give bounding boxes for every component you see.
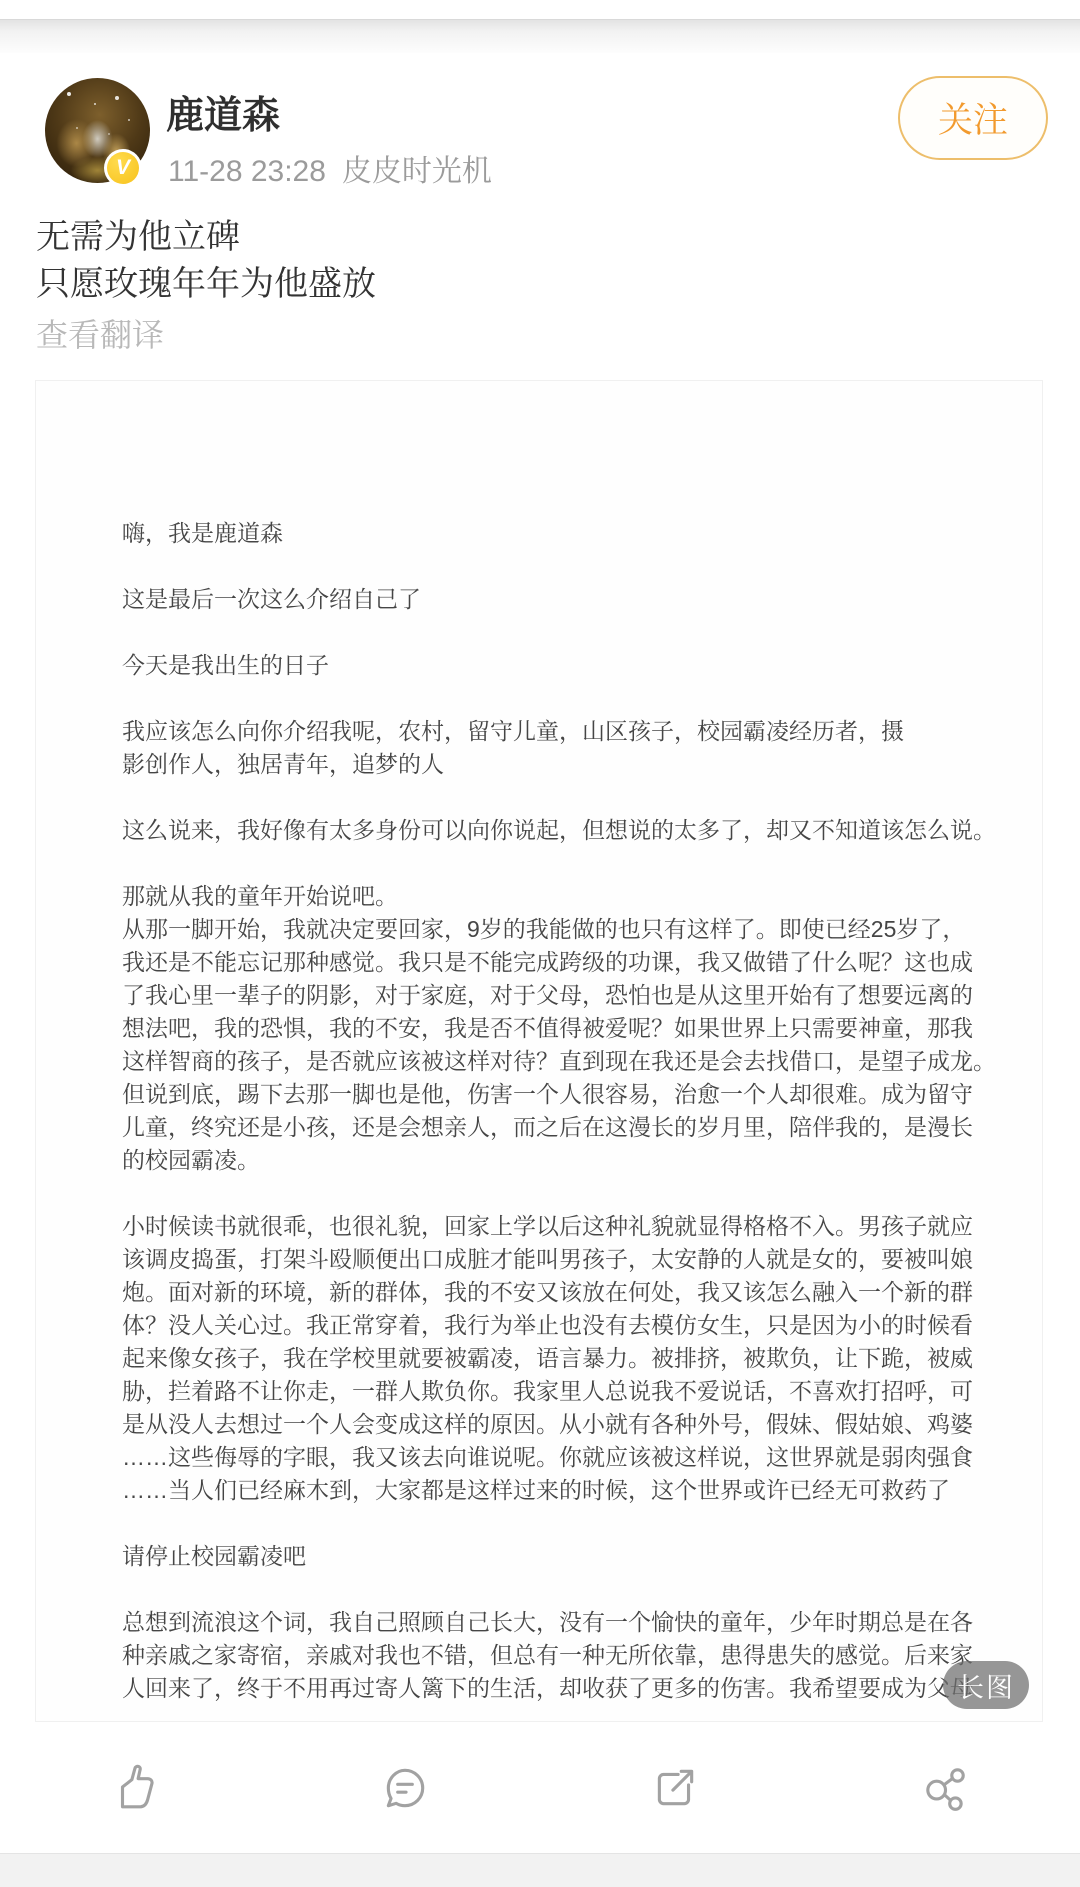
share-box-arrow-icon (650, 1763, 700, 1813)
translate-link[interactable]: 查看翻译 (36, 310, 164, 356)
letter-line: 今天是我出生的日子 (122, 649, 1004, 682)
letter-line: 想法吧，我的恐惧，我的不安，我是否不值得被爱呢？如果世界上只需要神童，那我 (122, 1012, 1004, 1045)
letter-line: 炮。面对新的环境，新的群体，我的不安又该放在何处，我又该怎么融入一个新的群 (122, 1276, 1004, 1309)
letter-line: 该调皮捣蛋，打架斗殴顺便出口成脏才能叫男孩子，太安静的人就是女的，要被叫娘 (122, 1243, 1004, 1276)
letter-paragraph: 小时候读书就很乖，也很礼貌，回家上学以后这种礼貌就显得格格不入。男孩子就应该调皮… (122, 1210, 1004, 1507)
share-nodes-icon (920, 1763, 970, 1813)
letter-line: 我还是不能忘记那种感觉。我只是不能完成跨级的功课，我又做错了什么呢？这也成 (122, 946, 1004, 979)
letter-line: 小时候读书就很乖，也很礼貌，回家上学以后这种礼貌就显得格格不入。男孩子就应 (122, 1210, 1004, 1243)
share-button[interactable] (810, 1738, 1080, 1838)
letter-line: 了我心里一辈子的阴影，对于家庭，对于父母，恐怕也是从这里开始有了想要远离的 (122, 979, 1004, 1012)
letter-line: 这么说来，我好像有太多身份可以向你说起，但想说的太多了，却又不知道该怎么说。 (122, 814, 1004, 847)
letter-text: 嗨，我是鹿道森这是最后一次这么介绍自己了今天是我出生的日子我应该怎么向你介绍我呢… (36, 381, 1042, 1705)
letter-paragraph: 嗨，我是鹿道森 (122, 517, 1004, 550)
letter-paragraph: 那就从我的童年开始说吧。从那一脚开始，我就决定要回家，9岁的我能做的也只有这样了… (122, 880, 1004, 1177)
verified-v-glyph: V (107, 152, 139, 184)
letter-paragraph: 总想到流浪这个词，我自己照顾自己长大，没有一个愉快的童年，少年时期总是在各种亲戚… (122, 1606, 1004, 1705)
letter-line: 种亲戚之家寄宿，亲戚对我也不错，但总有一种无所依靠，患得患失的感觉。后来家 (122, 1639, 1004, 1672)
letter-line: 请停止校园霸凌吧 (122, 1540, 1004, 1573)
post-text-line-1: 无需为他立碑 (36, 214, 376, 261)
letter-line: 儿童，终究还是小孩，还是会想亲人，而之后在这漫长的岁月里，陪伴我的，是漫长 (122, 1111, 1004, 1144)
letter-line: 这是最后一次这么介绍自己了 (122, 583, 1004, 616)
post-source-link[interactable]: 皮皮时光机 (342, 155, 492, 188)
letter-paragraph: 今天是我出生的日子 (122, 649, 1004, 682)
letter-line: 总想到流浪这个词，我自己照顾自己长大，没有一个愉快的童年，少年时期总是在各 (122, 1606, 1004, 1639)
follow-button[interactable]: 关注 (898, 76, 1048, 160)
letter-line: 那就从我的童年开始说吧。 (122, 880, 1004, 913)
comment-bubble-icon (380, 1763, 430, 1813)
letter-line: 胁，拦着路不让你走，一群人欺负你。我家里人总说我不爱说话，不喜欢打招呼，可 (122, 1375, 1004, 1408)
letter-line: 从那一脚开始，我就决定要回家，9岁的我能做的也只有这样了。即使已经25岁了， (122, 913, 1004, 946)
timestamp: 11-28 23:28 (168, 155, 326, 188)
letter-paragraph: 这么说来，我好像有太多身份可以向你说起，但想说的太多了，却又不知道该怎么说。 (122, 814, 1004, 847)
letter-line: 影创作人，独居青年，追梦的人 (122, 748, 1004, 781)
post-text-line-2: 只愿玫瑰年年为他盛放 (36, 261, 376, 308)
verified-badge-icon: V (104, 149, 142, 187)
letter-line: 体？没人关心过。我正常穿着，我行为举止也没有去模仿女生，只是因为小的时候看 (122, 1309, 1004, 1342)
letter-line: 是从没人去想过一个人会变成这样的原因。从小就有各种外号，假妹、假姑娘、鸡婆 (122, 1408, 1004, 1441)
letter-line: 的校园霸凌。 (122, 1144, 1004, 1177)
letter-line: 起来像女孩子，我在学校里就要被霸凌，语言暴力。被排挤，被欺负，让下跪，被威 (122, 1342, 1004, 1375)
letter-line: 人回来了，终于不用再过寄人篱下的生活，却收获了更多的伤害。我希望要成为父母 (122, 1672, 1004, 1705)
letter-line: ……当人们已经麻木到，大家都是这样过来的时候，这个世界或许已经无可救药了 (122, 1474, 1004, 1507)
avatar-image (67, 92, 71, 96)
letter-paragraph: 这是最后一次这么介绍自己了 (122, 583, 1004, 616)
letter-paragraph: 我应该怎么向你介绍我呢，农村，留守儿童，山区孩子，校园霸凌经历者，摄影创作人，独… (122, 715, 1004, 781)
letter-line: 我应该怎么向你介绍我呢，农村，留守儿童，山区孩子，校园霸凌经历者，摄 (122, 715, 1004, 748)
letter-line: 这样智商的孩子，是否就应该被这样对待？直到现在我还是会去找借口，是望子成龙。 (122, 1045, 1004, 1078)
top-divider (0, 19, 1080, 53)
comment-button[interactable] (270, 1738, 540, 1838)
letter-image[interactable]: 嗨，我是鹿道森这是最后一次这么介绍自己了今天是我出生的日子我应该怎么向你介绍我呢… (35, 380, 1043, 1722)
post-meta: 11-28 23:28皮皮时光机 (168, 146, 508, 190)
post-text: 无需为他立碑 只愿玫瑰年年为他盛放 (36, 214, 376, 308)
letter-paragraph: 请停止校园霸凌吧 (122, 1540, 1004, 1573)
like-button[interactable] (0, 1738, 270, 1838)
long-image-badge: 长图 (943, 1661, 1029, 1709)
username[interactable]: 鹿道森 (166, 84, 280, 139)
action-bar (0, 1738, 1080, 1838)
repost-button[interactable] (540, 1738, 810, 1838)
letter-line: 嗨，我是鹿道森 (122, 517, 1004, 550)
letter-line: 但说到底，踢下去那一脚也是他，伤害一个人很容易，治愈一个人却很难。成为留守 (122, 1078, 1004, 1111)
thumbs-up-icon (110, 1763, 160, 1813)
letter-line: ……这些侮辱的字眼，我又该去向谁说呢。你就应该被这样说，这世界就是弱肉强食 (122, 1441, 1004, 1474)
bottom-inset (0, 1853, 1080, 1887)
